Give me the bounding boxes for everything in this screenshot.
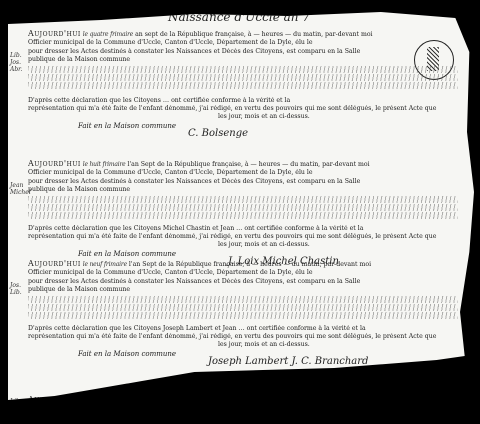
- entry-opening: Aujourd'hui: [28, 260, 81, 268]
- entry-line: Officier municipal de la Commune d'Uccle…: [28, 169, 458, 177]
- entry-line: publique de la Maison commune: [28, 186, 458, 194]
- closing: les jour, mois et an ci-dessus.: [28, 241, 458, 249]
- entry-line: Officier municipal de la Commune d'Uccle…: [28, 39, 458, 47]
- entry-line: Officier municipal de la Commune d'Uccle…: [28, 269, 458, 277]
- handwriting: [28, 204, 458, 211]
- representation: représentation qui m'a été faite de l'en…: [28, 105, 458, 113]
- signature: Joseph Lambert J. C. Branchard: [28, 358, 458, 366]
- handwriting: [28, 296, 458, 303]
- entry-date: le dix frimaire: [83, 397, 123, 404]
- handwriting: [28, 304, 458, 311]
- entry-date: le huit frimaire: [83, 161, 126, 168]
- declaration: D'après cette déclaration que les Citoye…: [28, 97, 161, 104]
- entry-opening: Aujourd'hui: [28, 396, 81, 404]
- declaration: D'après cette déclaration que les Citoye…: [28, 325, 237, 332]
- entry-line: pour dresser les Actes destinés à consta…: [28, 48, 458, 56]
- representation: représentation qui m'a été faite de l'en…: [28, 333, 458, 341]
- registry-entry: Aujourd'hui le quatre frimaire an sept d…: [28, 30, 458, 139]
- entry-line: l'an Sept de la République française, à …: [129, 261, 371, 268]
- closing: les jour, mois et an ci-dessus.: [28, 341, 458, 349]
- registry-entry: Aujourd'hui le huit frimaire l'an Sept d…: [28, 160, 458, 267]
- registry-entry: Aujourd'hui le neuf frimaire l'an Sept d…: [28, 260, 458, 367]
- closing: les jour, mois et an ci-dessus.: [28, 113, 458, 121]
- entry-line: l'an Sept de la République française, à …: [127, 161, 369, 168]
- handwriting: [28, 66, 458, 73]
- fait-line: Fait en la Maison commune: [78, 122, 458, 130]
- certify: ont certifiée conforme à la vérité et la: [244, 225, 363, 232]
- margin-note: Lib.: [10, 398, 28, 405]
- declaration: D'après cette déclaration que les Citoye…: [28, 225, 234, 232]
- document-page: 395 Naissance d'Uccle an 7 Lib. Jos. Abr…: [8, 12, 474, 412]
- entry-line: pour dresser les Actes destinés à consta…: [28, 278, 458, 286]
- certify: ont certifiée conforme à la vérité et la: [171, 97, 290, 104]
- page-number: 395: [26, 12, 43, 22]
- margin-note: Jos. Lib.: [10, 282, 28, 296]
- entry-line: pour dresser les Actes destinés à consta…: [28, 178, 458, 186]
- certify: ont certifiée conforme à la vérité et la: [247, 325, 366, 332]
- entry-line: publique de la Maison commune: [28, 286, 458, 294]
- handwriting: [28, 196, 458, 203]
- representation: représentation qui m'a été faite de l'en…: [28, 233, 458, 241]
- handwriting: [28, 82, 458, 89]
- handwriting: [28, 74, 458, 81]
- entry-date: le neuf frimaire: [83, 261, 127, 268]
- entry-date: le quatre frimaire: [83, 31, 133, 38]
- registry-entry: Aujourd'hui le dix frimaire l'an Sept de…: [28, 396, 458, 405]
- handwriting: [28, 312, 458, 319]
- entry-line: l'an Sept de la République française: [125, 397, 239, 404]
- handwriting: [28, 212, 458, 219]
- entry-opening: Aujourd'hui: [28, 30, 81, 38]
- margin-note: Jean Michel: [10, 182, 28, 196]
- entry-opening: Aujourd'hui: [28, 160, 81, 168]
- document-header: Naissance d'Uccle an 7: [168, 10, 310, 24]
- entry-line: an sept de la République française, à — …: [135, 31, 372, 38]
- entry-line: publique de la Maison commune: [28, 56, 458, 64]
- margin-note: Lib. Jos. Abr.: [10, 52, 28, 73]
- signature: C. Bolsenge: [28, 130, 458, 138]
